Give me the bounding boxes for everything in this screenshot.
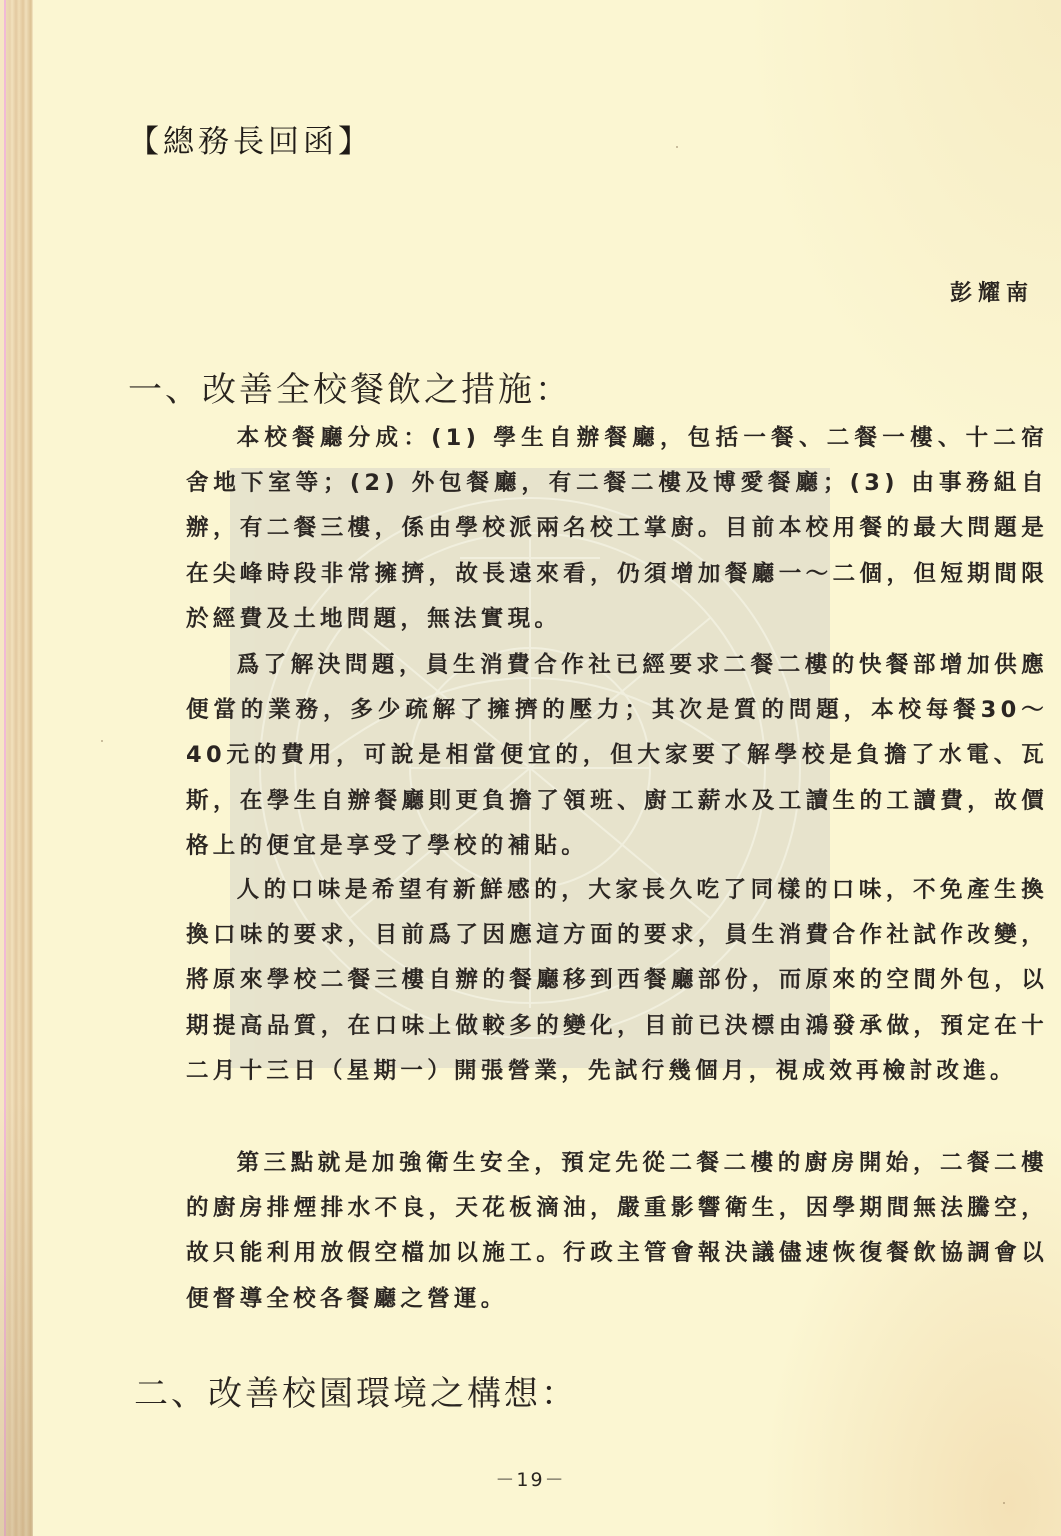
paragraph-text: 人的口味是希望有新鮮感的，大家長久吃了同樣的口味，不免產生換換口味的要求，目前爲… (186, 868, 1048, 1094)
paragraph-taste-changes: 人的口味是希望有新鮮感的，大家長久吃了同樣的口味，不免產生換換口味的要求，目前爲… (186, 868, 1048, 1094)
page-number: －19－ (0, 1465, 1061, 1492)
paragraph-cooperative: 爲了解決問題，員生消費合作社已經要求二餐二樓的快餐部增加供應便當的業務，多少疏解… (186, 643, 1048, 869)
paragraph-dining-halls: 本校餐廳分成：(1) 學生自辦餐廳，包括一餐、二餐一樓、十二宿舍地下室等；(2)… (186, 416, 1048, 642)
paragraph-text: 爲了解決問題，員生消費合作社已經要求二餐二樓的快餐部增加供應便當的業務，多少疏解… (186, 643, 1048, 869)
section-heading-2: 二、改善校園環境之構想： (134, 1366, 578, 1415)
paper-speck (676, 146, 678, 148)
paper-speck (1003, 1502, 1005, 1504)
paper-speck (520, 1030, 522, 1032)
paper-speck (101, 740, 103, 742)
author-name: 彭耀南 (950, 276, 1034, 307)
letter-title: 【總務長回函】 (128, 116, 373, 161)
paragraph-text: 本校餐廳分成：(1) 學生自辦餐廳，包括一餐、二餐一樓、十二宿舍地下室等；(2)… (186, 416, 1048, 642)
document-page: 【總務長回函】 彭耀南 一、改善全校餐飲之措施： 本校餐廳分成：(1) 學生自辦… (0, 0, 1061, 1536)
section-heading-1: 一、改善全校餐飲之措施： (128, 362, 572, 411)
paragraph-text: 第三點就是加強衛生安全，預定先從二餐二樓的廚房開始，二餐二樓的廚房排煙排水不良，… (186, 1141, 1048, 1322)
paragraph-hygiene: 第三點就是加強衛生安全，預定先從二餐二樓的廚房開始，二餐二樓的廚房排煙排水不良，… (186, 1141, 1048, 1322)
